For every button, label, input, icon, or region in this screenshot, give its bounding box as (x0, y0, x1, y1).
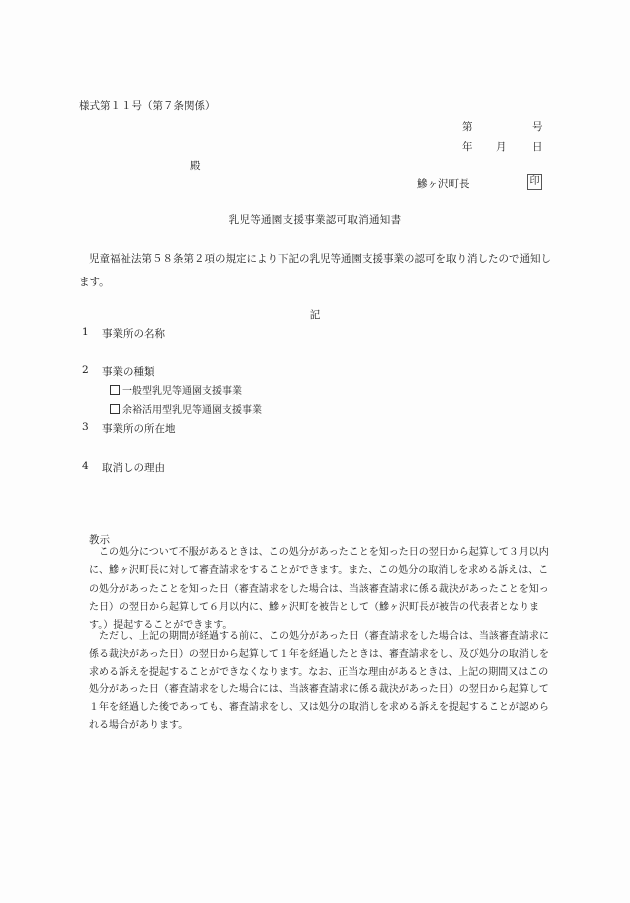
date-year: 年 (462, 139, 473, 154)
date-day: 日 (532, 139, 543, 154)
item-number-4: 4 (82, 460, 89, 472)
item-number-2: 2 (82, 364, 89, 376)
item-label-cancel-reason: 取消しの理由 (102, 460, 165, 475)
document-title: 乳児等通園支援事業認可取消通知書 (0, 212, 630, 227)
date-month: 月 (496, 139, 507, 154)
option-label: 一般型乳児等通園支援事業 (122, 386, 242, 397)
ki-heading: 記 (0, 307, 630, 322)
item-label-business-type: 事業の種類 (102, 364, 155, 379)
option-general-type[interactable]: 一般型乳児等通園支援事業 (110, 382, 242, 397)
notice-paragraph-2: ただし、上記の期間が経過する前に、この処分があった日（審査請求をした場合は、当該… (89, 628, 557, 735)
checkbox-icon[interactable] (110, 385, 120, 395)
item-number-1: 1 (82, 326, 89, 338)
notice-paragraph-1: この処分について不服があるときは、この処分があったことを知った日の翌日から起算し… (89, 544, 557, 635)
number-prefix: 第 (462, 119, 473, 134)
issuer-name: 鰺ヶ沢町長 (417, 176, 470, 191)
number-suffix: 号 (532, 119, 543, 134)
seal-stamp: 印 (527, 174, 542, 190)
checkbox-icon[interactable] (110, 404, 120, 414)
item-number-3: 3 (82, 421, 89, 433)
form-number: 様式第１１号（第７条関係） (79, 98, 216, 113)
addressee-suffix: 殿 (190, 158, 201, 173)
option-surplus-type[interactable]: 余裕活用型乳児等通園支援事業 (110, 401, 262, 416)
option-label: 余裕活用型乳児等通園支援事業 (122, 405, 262, 416)
item-label-facility-name: 事業所の名称 (102, 326, 165, 341)
item-label-facility-address: 事業所の所在地 (102, 421, 176, 436)
intro-text: 児童福祉法第５８条第２項の規定により下記の乳児等通園支援事業の認可を取り消したの… (79, 248, 557, 294)
